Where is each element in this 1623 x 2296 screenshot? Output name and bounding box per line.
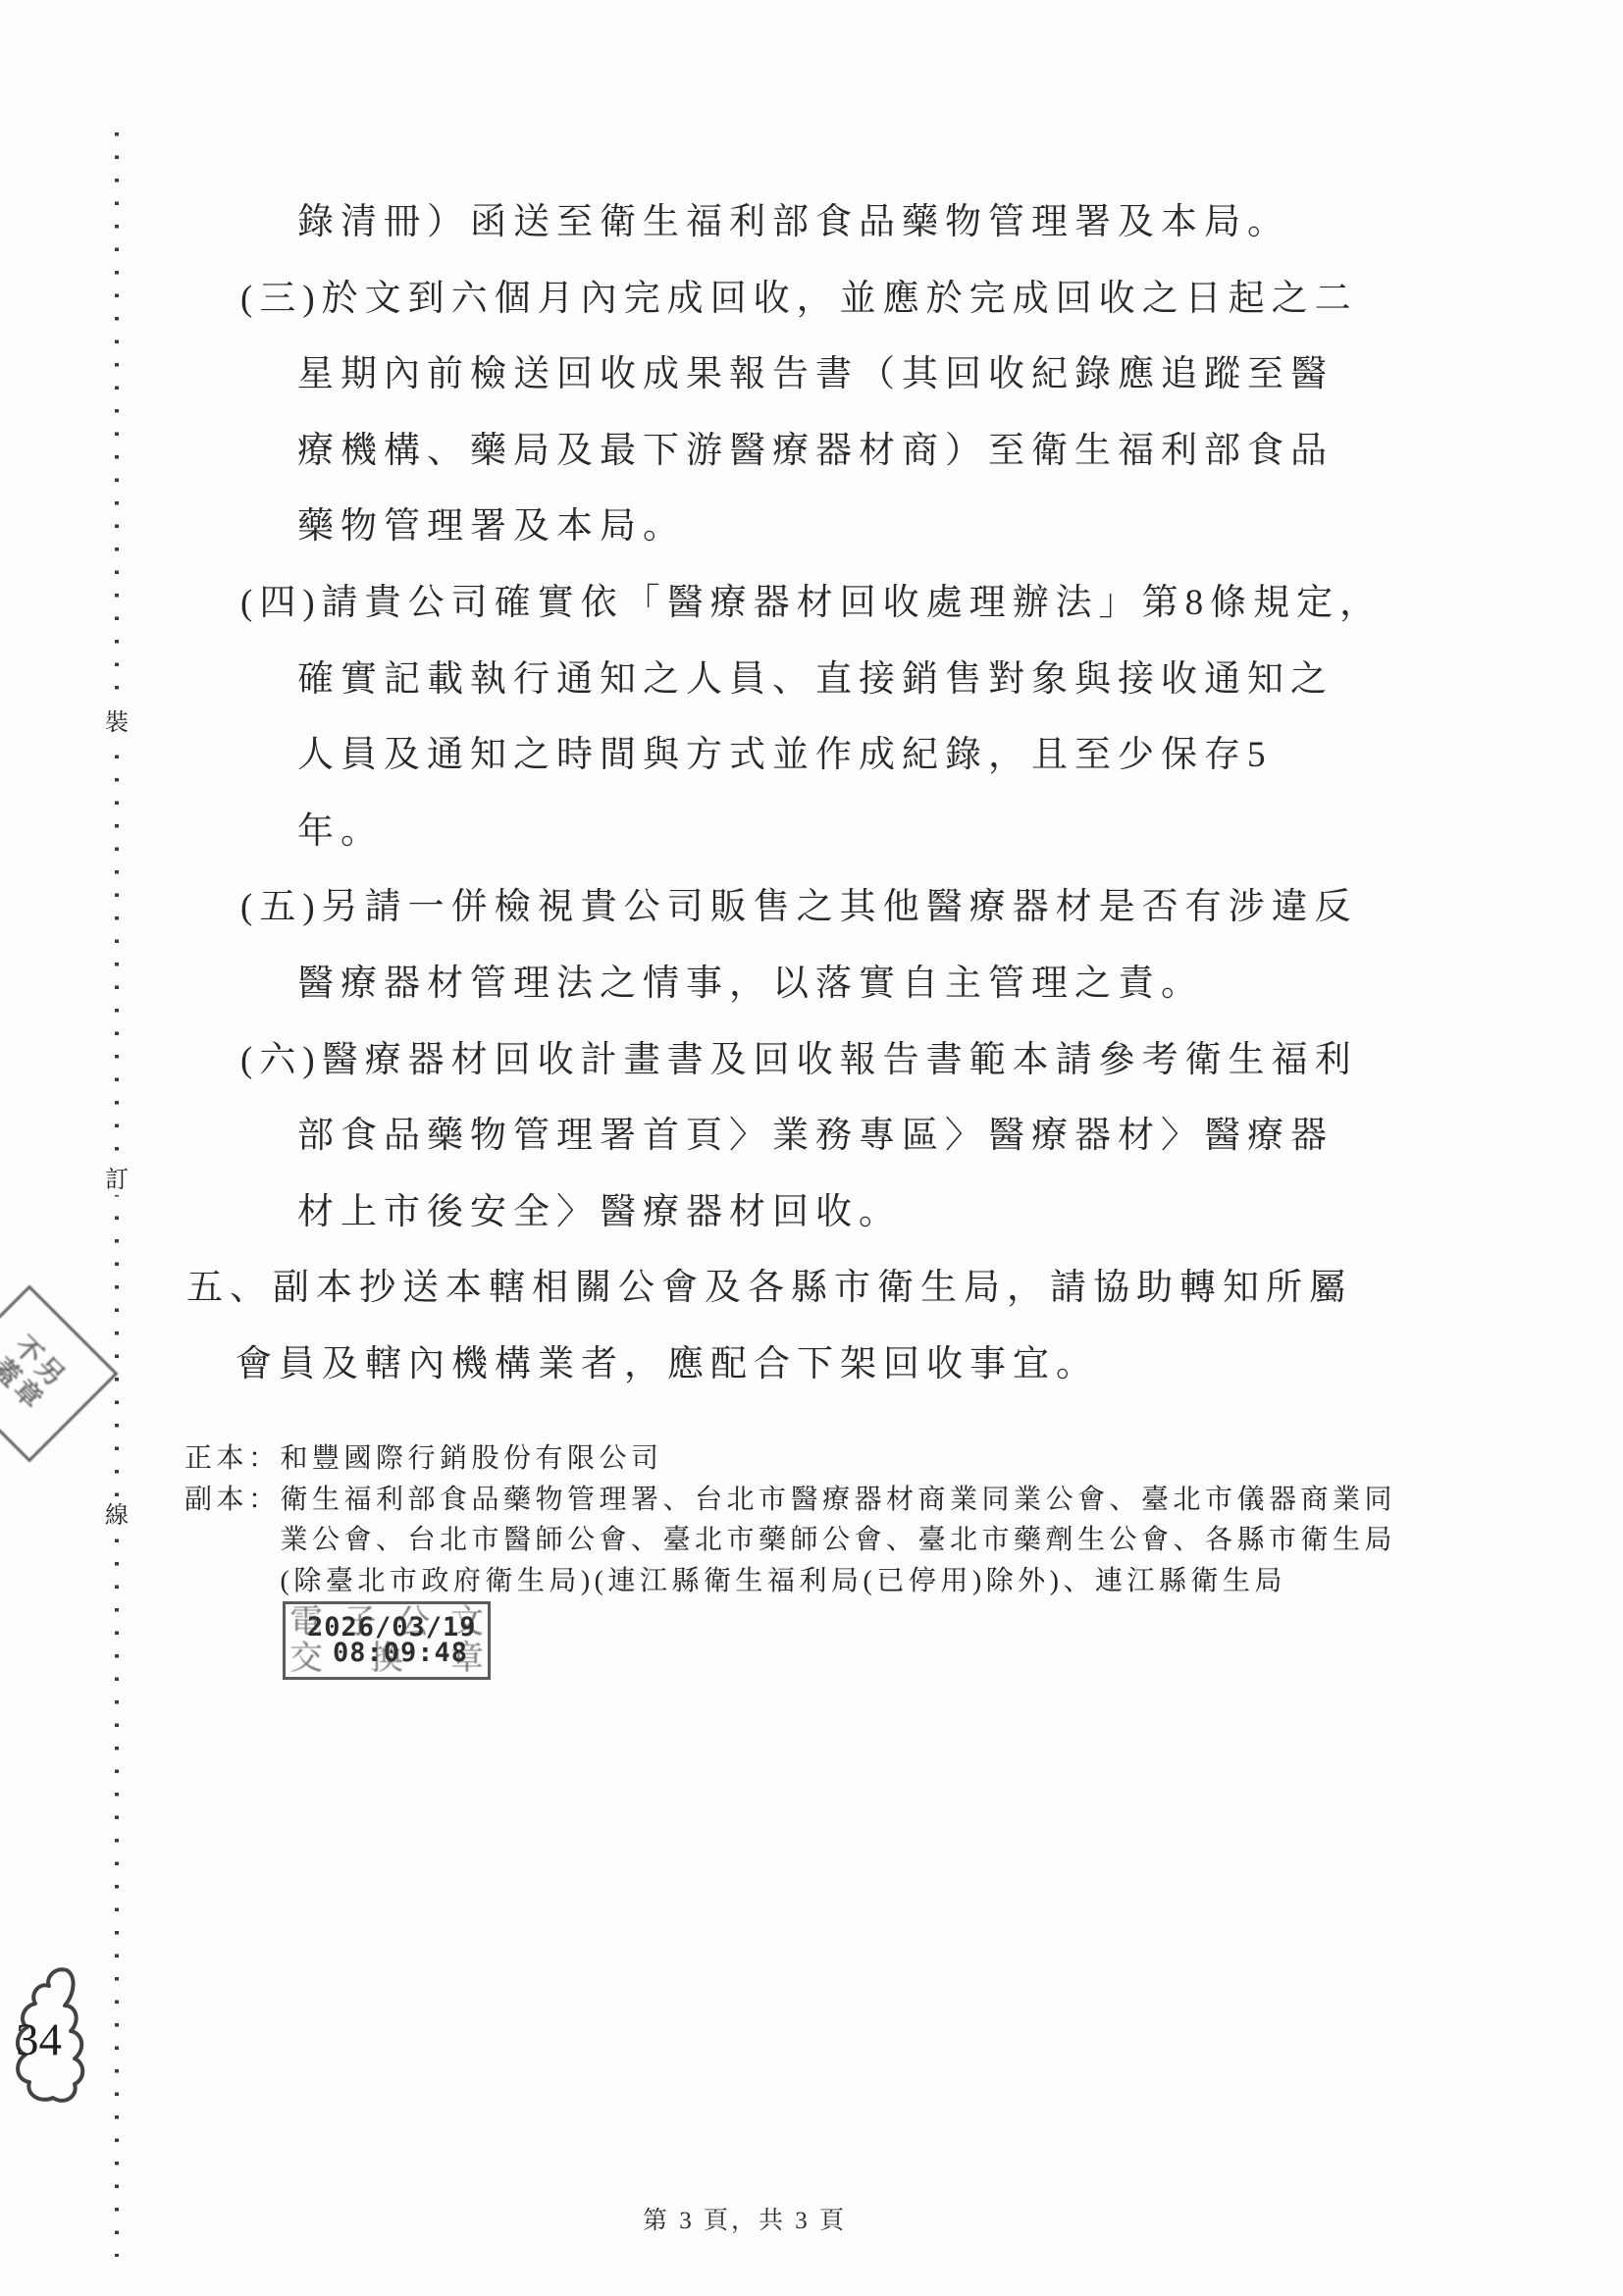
body-line: 年。 (186, 794, 1374, 870)
body-line-item-6: (六)醫療器材回收計畫書及回收報告書範本請參考衛生福利 (186, 1022, 1374, 1099)
edge-seal-text: 不另 蓋章 (0, 1330, 74, 1417)
body-line: 錄清冊）函送至衛生福利部食品藥物管理署及本局。 (186, 184, 1374, 261)
binding-mark-ding: 訂 (104, 1166, 130, 1195)
edge-seal-stamp: 不另 蓋章 (0, 1284, 119, 1462)
body-line: 醫療器材管理法之情事，以落實自主管理之責。 (186, 946, 1374, 1022)
body-line: 會員及轄內機構業者，應配合下架回收事宜。 (186, 1327, 1374, 1403)
original-recipient-value: 和豐國際行銷股份有限公司 (281, 1438, 1460, 1480)
binding-mark-zhuang: 裝 (104, 708, 130, 738)
stamp-time: 08:09:48 (333, 1638, 468, 1668)
document-body: 錄清冊）函送至衛生福利部食品藥物管理署及本局。 (三)於文到六個月內完成回收，並… (186, 184, 1374, 1403)
official-document-page: 裝 訂 線 不另 蓋章 錄清冊）函送至衛生福利部食品藥物管理署及本局。 (三)於… (0, 0, 1623, 2296)
body-line: 人員及通知之時間與方式並作成紀錄，且至少保存5 (186, 717, 1374, 794)
original-recipient-row: 正本： 和豐國際行銷股份有限公司 (184, 1438, 1460, 1480)
body-line: 材上市後安全〉醫療器材回收。 (186, 1174, 1374, 1251)
copy-recipient-label: 副本： (184, 1480, 281, 1521)
body-line-item-3: (三)於文到六個月內完成回收，並應於完成回收之日起之二 (186, 261, 1374, 338)
copy-recipient-line: (除臺北市政府衛生局)(連江縣衛生福利局(已停用)除外)、連江縣衛生局 (281, 1566, 1286, 1596)
copy-recipient-row: 副本： 衛生福利部食品藥物管理署、台北市醫療器材商業同業公會、臺北市儀器商業同 … (184, 1480, 1460, 1602)
copy-recipient-line: 衛生福利部食品藥物管理署、台北市醫療器材商業同業公會、臺北市儀器商業同 (281, 1485, 1397, 1515)
copy-recipient-value: 衛生福利部食品藥物管理署、台北市醫療器材商業同業公會、臺北市儀器商業同 業公會、… (281, 1480, 1460, 1602)
body-line: 部食品藥物管理署首頁〉業務專區〉醫療器材〉醫療器 (186, 1098, 1374, 1174)
recipients-block: 正本： 和豐國際行銷股份有限公司 副本： 衛生福利部食品藥物管理署、台北市醫療器… (184, 1438, 1460, 1601)
body-line: 確實記載執行通知之人員、直接銷售對象與接收通知之 (186, 642, 1374, 718)
body-line: 星期內前檢送回收成果報告書（其回收紀錄應追蹤至醫 (186, 337, 1374, 413)
body-line: 藥物管理署及本局。 (186, 489, 1374, 565)
page-footer: 第 3 頁，共 3 頁 (643, 2201, 847, 2236)
electronic-exchange-stamp: 電 子 公 文 交 換 章 2026/03/19 08:09:48 (283, 1601, 491, 1680)
body-line-item-5: (五)另請一併檢視貴公司販售之其他醫療器材是否有涉違反 (186, 869, 1374, 946)
body-line-item-4: (四)請貴公司確實依「醫療器材回收處理辦法」第8條規定， (186, 565, 1374, 642)
body-line-item-wu: 五、副本抄送本轄相關公會及各縣市衛生局，請協助轉知所屬 (186, 1250, 1374, 1327)
binding-mark-xian: 線 (104, 1501, 130, 1531)
original-recipient-label: 正本： (184, 1438, 281, 1480)
page-corner-number: 34 (16, 2013, 62, 2066)
body-line: 療機構、藥局及最下游醫療器材商）至衛生福利部食品 (186, 413, 1374, 490)
copy-recipient-line: 業公會、台北市醫師公會、臺北市藥師公會、臺北市藥劑生公會、各縣市衛生局 (281, 1525, 1397, 1555)
